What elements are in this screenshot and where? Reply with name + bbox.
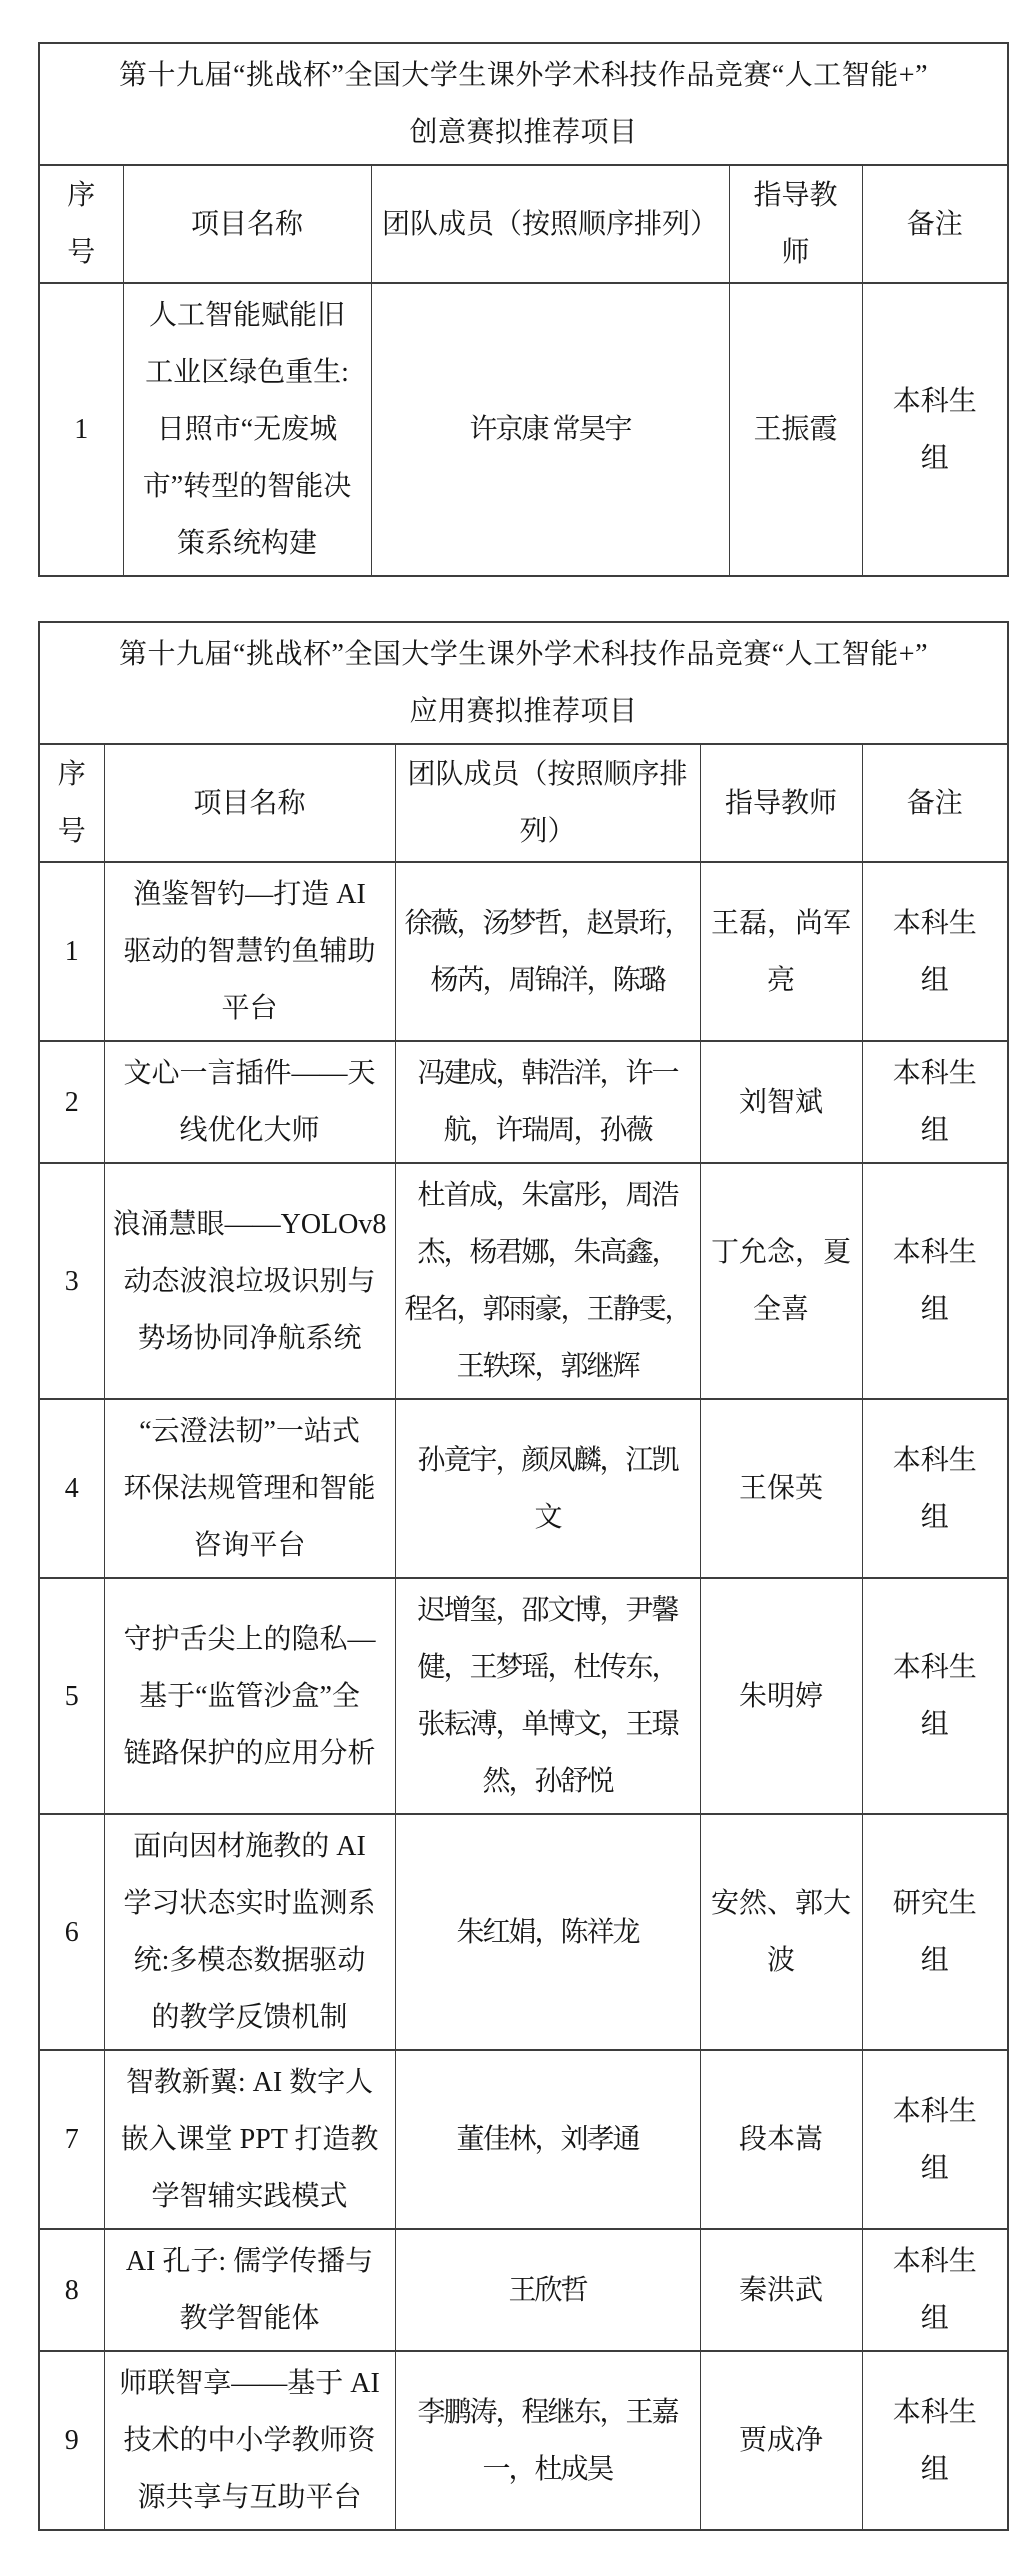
col-header-project-name: 项目名称 xyxy=(123,165,371,283)
advisor-cell: 秦洪武 xyxy=(700,2229,862,2351)
advisor-cell: 朱明婷 xyxy=(700,1578,862,1814)
note-cell: 研究生 组 xyxy=(862,1814,1008,2050)
advisor-cell: 刘智斌 xyxy=(700,1041,862,1163)
note-cell: 本科生 组 xyxy=(862,1163,1008,1399)
table1-title: 第十九届“挑战杯”全国大学生课外学术科技作品竞赛“人工智能+” 创意赛拟推荐项目 xyxy=(39,43,1008,165)
advisor-cell: 王磊，尚军 亮 xyxy=(700,862,862,1041)
col-header-note: 备注 xyxy=(862,744,1008,862)
col-header-advisor: 指导教师 xyxy=(700,744,862,862)
table-row: 4 “云澄法韧”一站式 环保法规管理和智能 咨询平台 孙竟宇，颜凤麟，江凯 文 … xyxy=(39,1399,1008,1578)
col-header-advisor: 指导教 师 xyxy=(729,165,862,283)
seq-cell: 1 xyxy=(39,862,104,1041)
table-row: 5 守护舌尖上的隐私— 基于“监管沙盒”全 链路保护的应用分析 迟增玺，邵文博，… xyxy=(39,1578,1008,1814)
project-name-cell: 面向因材施教的 AI 学习状态实时监测系 统:多模态数据驱动 的教学反馈机制 xyxy=(104,1814,395,2050)
table-row: 9 师联智享——基于 AI 技术的中小学教师资 源共享与互助平台 李鹏涛，程继东… xyxy=(39,2351,1008,2530)
seq-cell: 1 xyxy=(39,283,123,576)
advisor-cell: 安然、郭大 波 xyxy=(700,1814,862,2050)
note-cell: 本科生 组 xyxy=(862,283,1008,576)
table-row: 1 人工智能赋能旧 工业区绿色重生: 日照市“无废城 市”转型的智能决 策系统构… xyxy=(39,283,1008,576)
advisor-cell: 王振霞 xyxy=(729,283,862,576)
seq-cell: 7 xyxy=(39,2050,104,2229)
table-row: 7 智教新翼: AI 数字人 嵌入课堂 PPT 打造教 学智辅实践模式 董佳林，… xyxy=(39,2050,1008,2229)
table-row: 8 AI 孔子: 儒学传播与 教学智能体 王欣哲 秦洪武 本科生 组 xyxy=(39,2229,1008,2351)
advisor-cell: 段本嵩 xyxy=(700,2050,862,2229)
note-cell: 本科生 组 xyxy=(862,2050,1008,2229)
advisor-cell: 贾成净 xyxy=(700,2351,862,2530)
col-header-project-name: 项目名称 xyxy=(104,744,395,862)
note-cell: 本科生 组 xyxy=(862,1041,1008,1163)
creative-competition-table: 第十九届“挑战杯”全国大学生课外学术科技作品竞赛“人工智能+” 创意赛拟推荐项目… xyxy=(38,42,1009,577)
table-header-row: 序 号 项目名称 团队成员（按照顺序排列） 指导教 师 备注 xyxy=(39,165,1008,283)
team-members-cell: 董佳林，刘孝通 xyxy=(395,2050,700,2229)
team-members-cell: 杜首成，朱富彤，周浩 杰，杨君娜，朱高鑫， 程名，郭雨豪，王静雯， 王轶琛，郭继… xyxy=(395,1163,700,1399)
table-row: 6 面向因材施教的 AI 学习状态实时监测系 统:多模态数据驱动 的教学反馈机制… xyxy=(39,1814,1008,2050)
seq-cell: 3 xyxy=(39,1163,104,1399)
team-members-cell: 冯建成，韩浩洋，许一 航，许瑞周，孙薇 xyxy=(395,1041,700,1163)
team-members-cell: 迟增玺，邵文博，尹馨 健，王梦瑶，杜传东， 张耘溥，单博文，王璟 然，孙舒悦 xyxy=(395,1578,700,1814)
table-title-row: 第十九届“挑战杯”全国大学生课外学术科技作品竞赛“人工智能+” 创意赛拟推荐项目 xyxy=(39,43,1008,165)
project-name-cell: 守护舌尖上的隐私— 基于“监管沙盒”全 链路保护的应用分析 xyxy=(104,1578,395,1814)
col-header-note: 备注 xyxy=(862,165,1008,283)
table-title-row: 第十九届“挑战杯”全国大学生课外学术科技作品竞赛“人工智能+” 应用赛拟推荐项目 xyxy=(39,622,1008,744)
col-header-team-members: 团队成员（按照顺序排 列） xyxy=(395,744,700,862)
note-cell: 本科生 组 xyxy=(862,2229,1008,2351)
project-name-cell: 渔鉴智钓—打造 AI 驱动的智慧钓鱼辅助 平台 xyxy=(104,862,395,1041)
project-name-cell: 人工智能赋能旧 工业区绿色重生: 日照市“无废城 市”转型的智能决 策系统构建 xyxy=(123,283,371,576)
team-members-cell: 朱红娟，陈祥龙 xyxy=(395,1814,700,2050)
seq-cell: 4 xyxy=(39,1399,104,1578)
col-header-seq: 序 号 xyxy=(39,165,123,283)
table-row: 1 渔鉴智钓—打造 AI 驱动的智慧钓鱼辅助 平台 徐薇，汤梦哲，赵景珩， 杨芮… xyxy=(39,862,1008,1041)
team-members-cell: 王欣哲 xyxy=(395,2229,700,2351)
table-row: 2 文心一言插件——天 线优化大师 冯建成，韩浩洋，许一 航，许瑞周，孙薇 刘智… xyxy=(39,1041,1008,1163)
project-name-cell: “云澄法韧”一站式 环保法规管理和智能 咨询平台 xyxy=(104,1399,395,1578)
note-cell: 本科生 组 xyxy=(862,862,1008,1041)
advisor-cell: 王保英 xyxy=(700,1399,862,1578)
application-competition-table: 第十九届“挑战杯”全国大学生课外学术科技作品竞赛“人工智能+” 应用赛拟推荐项目… xyxy=(38,621,1009,2531)
seq-cell: 2 xyxy=(39,1041,104,1163)
table2-title: 第十九届“挑战杯”全国大学生课外学术科技作品竞赛“人工智能+” 应用赛拟推荐项目 xyxy=(39,622,1008,744)
team-members-cell: 徐薇，汤梦哲，赵景珩， 杨芮，周锦洋，陈璐 xyxy=(395,862,700,1041)
col-header-team-members: 团队成员（按照顺序排列） xyxy=(371,165,729,283)
team-members-cell: 孙竟宇，颜凤麟，江凯 文 xyxy=(395,1399,700,1578)
project-name-cell: 浪涌慧眼——YOLOv8 动态波浪垃圾识别与 势场协同净航系统 xyxy=(104,1163,395,1399)
project-name-cell: 师联智享——基于 AI 技术的中小学教师资 源共享与互助平台 xyxy=(104,2351,395,2530)
team-members-cell: 许京康 常昊宇 xyxy=(371,283,729,576)
note-cell: 本科生 组 xyxy=(862,2351,1008,2530)
project-name-cell: 智教新翼: AI 数字人 嵌入课堂 PPT 打造教 学智辅实践模式 xyxy=(104,2050,395,2229)
note-cell: 本科生 组 xyxy=(862,1399,1008,1578)
team-members-cell: 李鹏涛，程继东，王嘉 一，杜成昊 xyxy=(395,2351,700,2530)
seq-cell: 5 xyxy=(39,1578,104,1814)
advisor-cell: 丁允念，夏 全喜 xyxy=(700,1163,862,1399)
seq-cell: 8 xyxy=(39,2229,104,2351)
document-page: 第十九届“挑战杯”全国大学生课外学术科技作品竞赛“人工智能+” 创意赛拟推荐项目… xyxy=(38,42,1007,2531)
project-name-cell: 文心一言插件——天 线优化大师 xyxy=(104,1041,395,1163)
table-header-row: 序 号 项目名称 团队成员（按照顺序排 列） 指导教师 备注 xyxy=(39,744,1008,862)
table-row: 3 浪涌慧眼——YOLOv8 动态波浪垃圾识别与 势场协同净航系统 杜首成，朱富… xyxy=(39,1163,1008,1399)
col-header-seq: 序 号 xyxy=(39,744,104,862)
seq-cell: 9 xyxy=(39,2351,104,2530)
project-name-cell: AI 孔子: 儒学传播与 教学智能体 xyxy=(104,2229,395,2351)
seq-cell: 6 xyxy=(39,1814,104,2050)
note-cell: 本科生 组 xyxy=(862,1578,1008,1814)
